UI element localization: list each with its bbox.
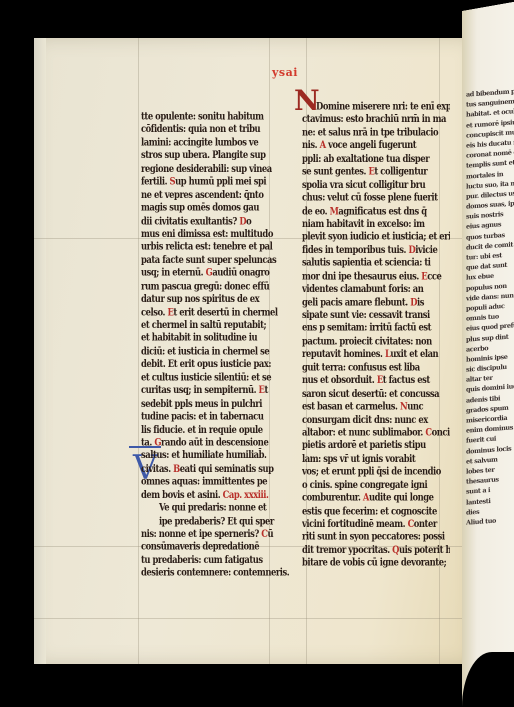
- running-head: ysai: [272, 66, 298, 79]
- rubric-capital: A: [363, 491, 369, 504]
- text-column-left: tte opulente: sonitu habitumcōfidentis: …: [141, 108, 291, 578]
- text-line: dii civitatis exultantis? Do: [141, 212, 291, 225]
- text-line: pata facte sunt super speluncas: [141, 252, 291, 265]
- text-line: salutis sapientia et sciencia: ti: [302, 255, 450, 268]
- text-line: reputavit homines. Luxit et elan: [302, 346, 450, 359]
- text-line: bitare de vobis cū igne devorante;: [302, 555, 450, 568]
- rubric-capital: L: [385, 347, 390, 360]
- text-line: ctavimus: esto brachiū nrm̄ in ma: [302, 111, 450, 124]
- text-line: altabor: et nunc sublimabor. Conci: [302, 424, 450, 437]
- text-line: ipe predaberis? Et qui sper: [141, 512, 291, 525]
- text-line: lam: sps vr̄ ut ignis vorabit: [302, 450, 450, 463]
- text-line: et chermel in saltū reputabit;: [141, 317, 291, 330]
- text-line: et habitabit in solitudine iu: [141, 330, 291, 343]
- text-line: riti sunt in syon peccatores: possi: [302, 529, 450, 542]
- facing-page-shadow: [462, 0, 514, 18]
- text-line: vicini fortitudinē meam. Conter: [302, 516, 450, 529]
- text-line: cōfidentis: quia non et tribu: [141, 121, 291, 134]
- text-line: urbis relicta est: tenebre et pal: [141, 238, 291, 251]
- rubric-capital: D: [408, 243, 415, 256]
- text-line: stros sup ubera. Plangite sup: [141, 147, 291, 160]
- rubric-capital: C: [408, 517, 414, 530]
- text-line: saron sicut desertū: et concussa: [302, 385, 450, 398]
- text-line: dit tremor ypocritas. Quis poterit ha: [302, 542, 450, 555]
- rubric-capital: B: [173, 462, 180, 475]
- text-line: plevit syon iudicio et iusticia; et erit: [302, 228, 450, 241]
- text-line: est basan et carmelus. Nunc: [302, 398, 450, 411]
- text-line: pietis ardorē et parietis stipu: [302, 437, 450, 450]
- text-line: videntes clamabunt foris: an: [302, 281, 450, 294]
- text-line: nus et obsorduit. Et factus est: [302, 372, 450, 385]
- rubric-capital: C: [425, 425, 431, 438]
- text-line: et cultus iusticie silentiū: et se: [141, 369, 291, 382]
- text-line: fertili. Sup humū ppli mei spi: [141, 173, 291, 186]
- rubric-capital: E: [167, 305, 173, 318]
- text-line: lis fiducie. et in requie opule: [141, 421, 291, 434]
- text-line: estis que fecerim: et cognoscite: [302, 502, 450, 515]
- text-line: sedebit ppls meus in pulchri: [141, 395, 291, 408]
- rubric-capital: G: [154, 435, 161, 448]
- text-line: datur sup nos spiritus de ex: [141, 291, 291, 304]
- text-line: usq; in eternū. Gaudiū onagro: [141, 265, 291, 278]
- chapter-heading: Cap. xxxiii.: [223, 488, 269, 501]
- text-line: se sunt gentes. Et colligentur: [302, 163, 450, 176]
- ruling-line: [34, 618, 474, 619]
- rubric-capital: D: [239, 214, 246, 227]
- rubric-capital: D: [410, 295, 417, 308]
- text-line: geli pacis amare flebunt. Dis: [302, 294, 450, 307]
- text-line: o cinis. spine congregate igni: [302, 476, 450, 489]
- text-line: guit terra: confusus est liba: [302, 359, 450, 372]
- text-line: dem bovis et asini. Cap. xxxiii.: [141, 486, 291, 499]
- text-line: nis: nonne et ipe sperneris? Cū: [141, 526, 291, 539]
- text-line: ens p semitam: irritū factū est: [302, 320, 450, 333]
- text-line: ta. Grando aūt in descensione: [141, 434, 291, 447]
- text-line: fides in temporibus tuis. Divicie: [302, 242, 450, 255]
- text-line: lamini: accingite lumbos ve: [141, 134, 291, 147]
- text-column-right: Domine miserere nri: te enī expectavimus…: [302, 98, 450, 568]
- text-line: mor dni ipe thesaurus eius. Ecce: [302, 268, 450, 281]
- rubric-capital: E: [421, 269, 427, 282]
- rubric-capital: E: [368, 164, 374, 177]
- text-line: ne et vepres ascendent: q̄nto: [141, 186, 291, 199]
- rubric-capital: G: [206, 266, 213, 279]
- text-line: diciū: et iusticia in chermel se: [141, 343, 291, 356]
- rubric-capital: Q: [392, 543, 399, 556]
- text-line: pactum. proiecit civitates: non: [302, 333, 450, 346]
- text-line: comburentur. Audite qui longe: [302, 489, 450, 502]
- rubric-capital: S: [170, 174, 176, 187]
- text-line: Domine miserere nri: te enī expe: [302, 98, 450, 111]
- rubric-capital: C: [261, 527, 267, 540]
- text-line: tu predaberis: cum fatigatus: [141, 552, 291, 565]
- text-line: tte opulente: sonitu habitum: [141, 108, 291, 121]
- text-line: sipate sunt vie: cessavit transi: [302, 307, 450, 320]
- text-line: celso. Et erit desertū in chermel: [141, 304, 291, 317]
- text-line: civitas. Beati qui seminatis sup: [141, 460, 291, 473]
- text-line: chus: velut cū fosse plene fuerit: [302, 189, 450, 202]
- text-line: de eo. Magnificatus est dns q̄: [302, 202, 450, 215]
- text-line: saltus: et humiliate humiliab̄.: [141, 447, 291, 460]
- text-line: regione desiderabili: sup vinea: [141, 160, 291, 173]
- text-line: desieris contemnere: contemneris.: [141, 565, 291, 578]
- text-line: nis. A voce angeli fugerunt: [302, 137, 450, 150]
- text-line: consūmaveris depredationē: [141, 539, 291, 552]
- rubric-capital: E: [377, 373, 383, 386]
- facing-page-text: ad bibendum pressistus sanguinemhabitat.…: [466, 86, 514, 529]
- text-line: spolia vra sicut colligitur bru: [302, 176, 450, 189]
- rubric-capital: N: [400, 399, 407, 412]
- text-line: mus eni dimissa est: multitudo: [141, 225, 291, 238]
- text-line: vos; et erunt ppli q̄si de incendio: [302, 463, 450, 476]
- text-line: niam habitavit in excelso: im: [302, 215, 450, 228]
- text-line: rum pascua gregū: donec effū: [141, 278, 291, 291]
- text-line: magis sup omēs domos gau: [141, 199, 291, 212]
- text-line: ppli: ab exaltatione tua disper: [302, 150, 450, 163]
- text-line: omnes aquas: immittentes pe: [141, 473, 291, 486]
- rubric-capital: E: [259, 383, 265, 396]
- text-line: curitas usq; in sempiternū. Et: [141, 382, 291, 395]
- text-line: Ve qui predaris: nonne et: [141, 499, 291, 512]
- text-line: debit. Et erit opus iusticie pax:: [141, 356, 291, 369]
- rubric-capital: M: [330, 204, 339, 217]
- ruling-line: [138, 38, 139, 664]
- text-line: consurgam dicit dns: nunc ex: [302, 411, 450, 424]
- text-line: ne: et salus nrā in tpe tribulacio: [302, 124, 450, 137]
- rubric-capital: A: [320, 138, 326, 151]
- text-line: tudine pacis: et in tabernacu: [141, 408, 291, 421]
